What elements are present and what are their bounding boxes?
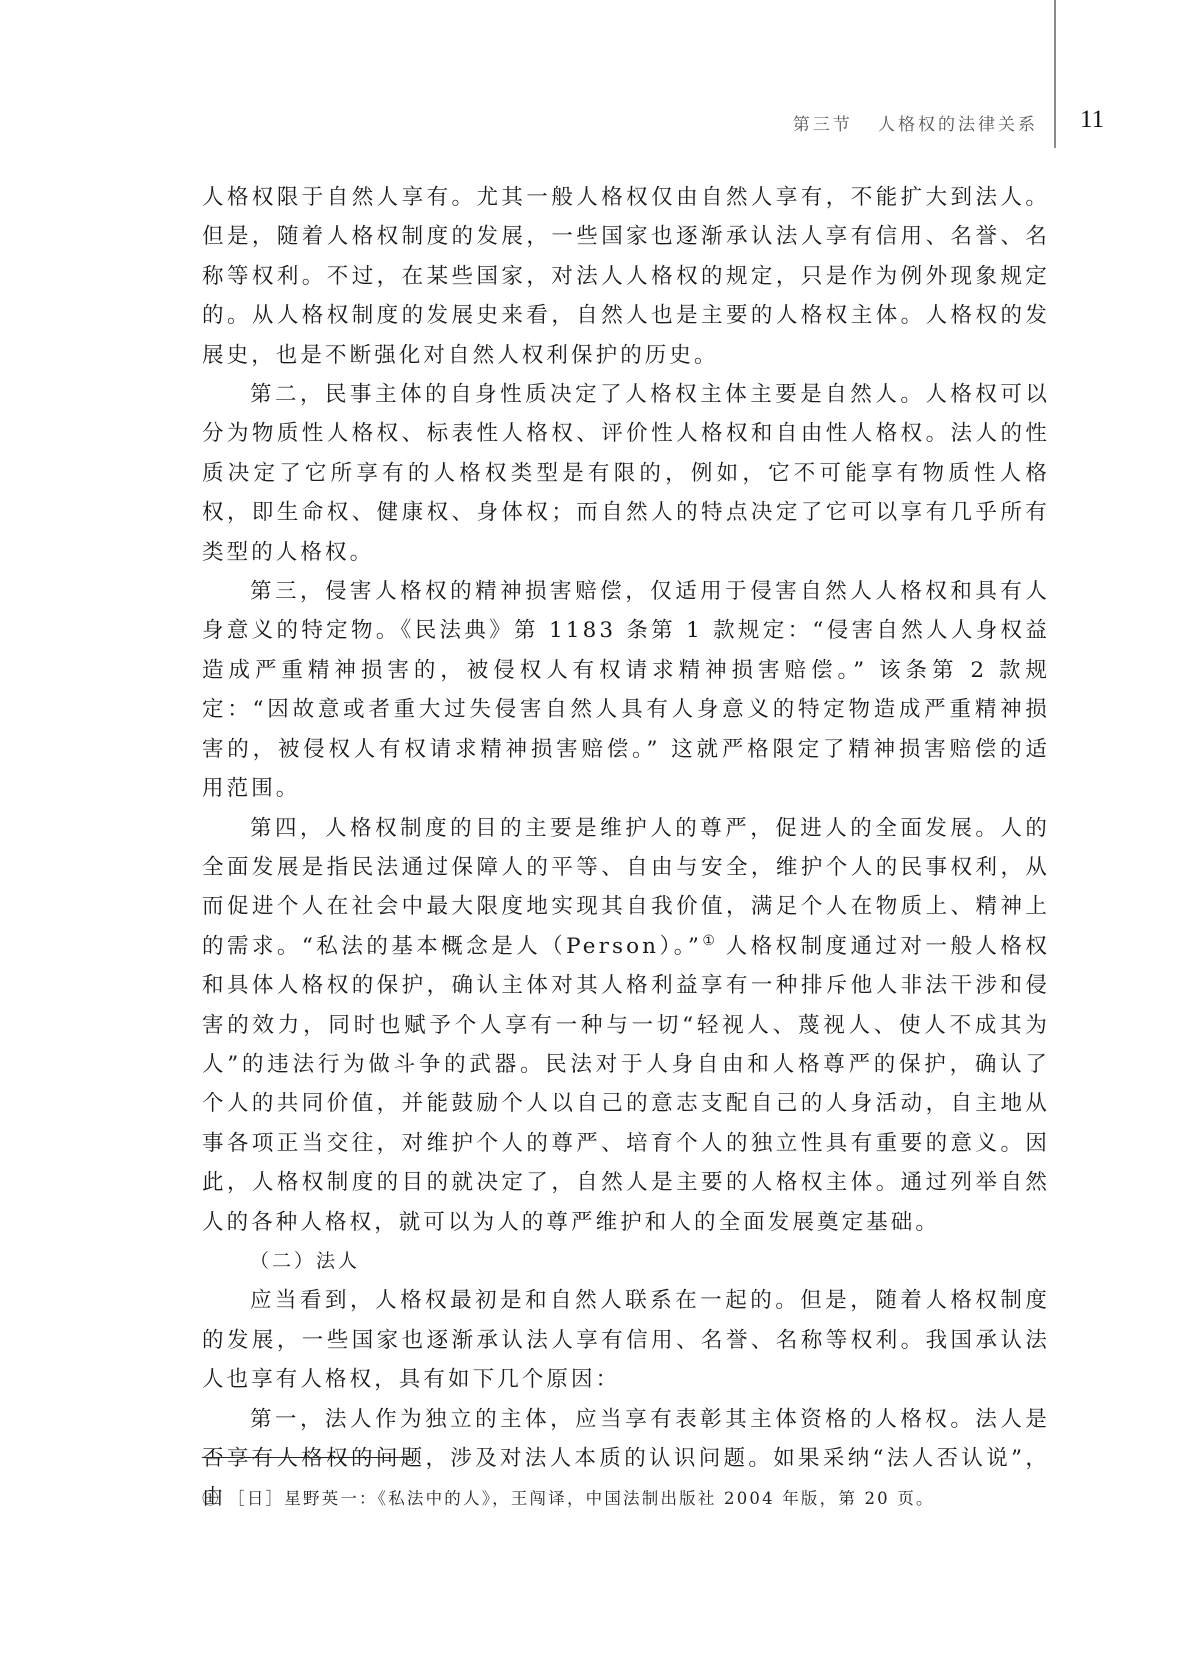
footnote-separator (202, 1457, 412, 1458)
footnote-reference-1[interactable]: ① (702, 933, 715, 949)
paragraph-legal-person-intro: 应当看到，人格权最初是和自然人联系在一起的。但是，随着人格权制度的发展，一些国家… (202, 1281, 1050, 1399)
header-vertical-rule (1054, 0, 1056, 148)
footnote-text: ［日］星野英一：《私法中的人》，王闯译，中国法制出版社 2004 年版，第 20… (228, 1489, 935, 1508)
footnote-1: ① ［日］星野英一：《私法中的人》，王闯译，中国法制出版社 2004 年版，第 … (202, 1487, 1050, 1511)
paragraph-second-point: 第二，民事主体的自身性质决定了人格权主体主要是自然人。人格权可以分为物质性人格权… (202, 375, 1050, 572)
body-text: 人格权限于自然人享有。尤其一般人格权仅由自然人享有，不能扩大到法人。但是，随着人… (202, 178, 1050, 1518)
paragraph-fourth-point: 第四，人格权制度的目的主要是维护人的尊严，促进人的全面发展。人的全面发展是指民法… (202, 809, 1050, 1242)
paragraph-continuation: 人格权限于自然人享有。尤其一般人格权仅由自然人享有，不能扩大到法人。但是，随着人… (202, 178, 1050, 375)
paragraph-fourth-point-text-after-ref: 人格权制度通过对一般人格权和具体人格权的保护，确认主体对其人格利益享有一种排斥他… (202, 934, 1050, 1235)
page-number: 11 (1080, 106, 1104, 134)
footnote-marker: ① (202, 1489, 221, 1508)
paragraph-third-point: 第三，侵害人格权的精神损害赔偿，仅适用于侵害自然人人格权和具有人身意义的特定物。… (202, 572, 1050, 808)
section-subheading-legal-person: （二）法人 (202, 1242, 1050, 1281)
running-head-title: 第三节 人格权的法律关系 (793, 110, 1038, 135)
